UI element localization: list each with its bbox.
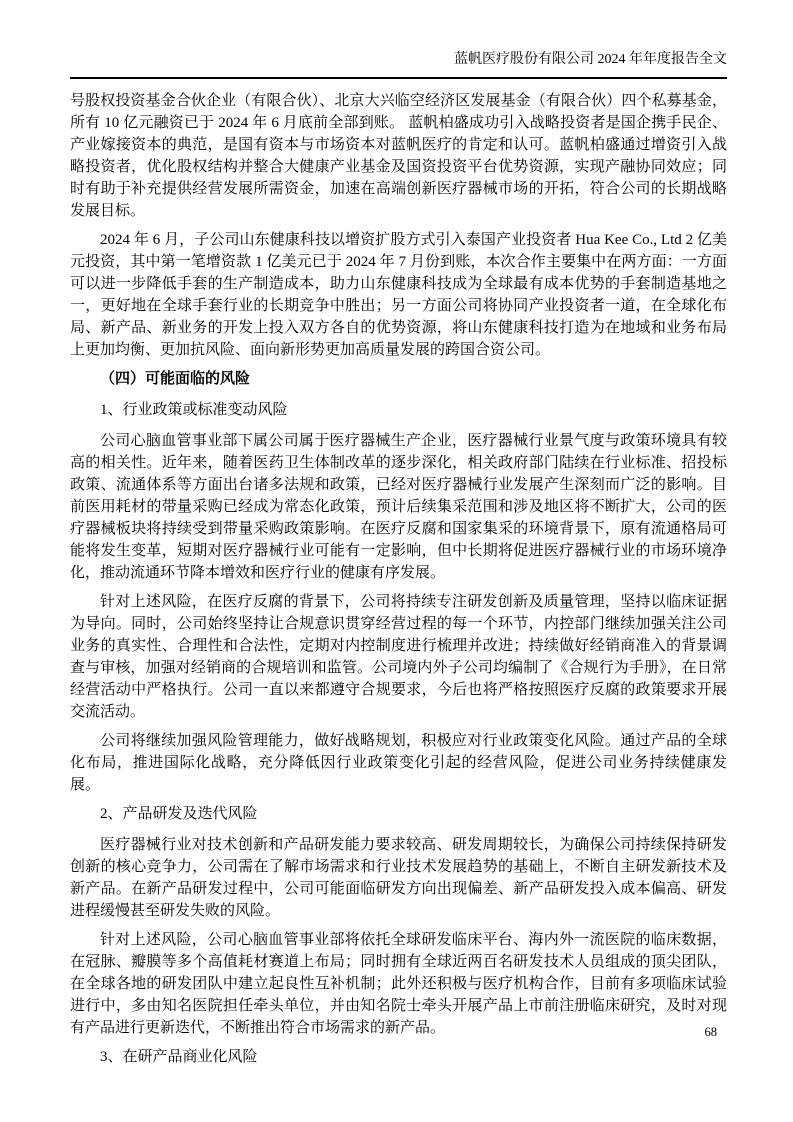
document-body: 号股权投资基金合伙企业（有限合伙）、北京大兴临空经济区发展基金（有限合伙）四个私… bbox=[70, 90, 727, 1077]
paragraph-risk-management: 公司将继续加强风险管理能力，做好战略规划，积极应对行业政策变化风险。通过产品的全… bbox=[70, 730, 727, 796]
report-page: 蓝帆医疗股份有限公司 2024 年年度报告全文 号股权投资基金合伙企业（有限合伙… bbox=[0, 0, 793, 1122]
paragraph-policy-risk-description: 公司心脑血管事业部下属公司属于医疗器械生产企业，医疗器械行业景气度与政策环境具有… bbox=[70, 430, 727, 584]
page-number: 68 bbox=[705, 1025, 718, 1039]
header-divider bbox=[70, 77, 727, 79]
report-title: 蓝帆医疗股份有限公司 2024 年年度报告全文 bbox=[454, 52, 727, 67]
section-heading-risks: （四）可能面临的风险 bbox=[70, 368, 727, 390]
paragraph-rd-risk-response: 针对上述风险，公司心脑血管事业部将依托全球研发临床平台、海内外一流医院的临床数据… bbox=[70, 929, 727, 1039]
subsection-heading-commercialization-risk: 3、在研产品商业化风险 bbox=[70, 1046, 727, 1068]
page-header: 蓝帆医疗股份有限公司 2024 年年度报告全文 bbox=[70, 50, 727, 70]
paragraph-shandong-health-investment: 2024 年 6 月，子公司山东健康科技以增资扩股方式引入泰国产业投资者 Hua… bbox=[70, 229, 727, 361]
subsection-heading-policy-risk: 1、行业政策或标准变动风险 bbox=[70, 399, 727, 421]
paragraph-fund-investment: 号股权投资基金合伙企业（有限合伙）、北京大兴临空经济区发展基金（有限合伙）四个私… bbox=[70, 90, 727, 222]
paragraph-policy-risk-response: 针对上述风险，在医疗反腐的背景下，公司将持续专注研发创新及质量管理，坚持以临床证… bbox=[70, 591, 727, 723]
paragraph-rd-risk-description: 医疗器械行业对技术创新和产品研发能力要求较高、研发周期较长，为确保公司持续保持研… bbox=[70, 834, 727, 922]
subsection-heading-rd-risk: 2、产品研发及迭代风险 bbox=[70, 803, 727, 825]
